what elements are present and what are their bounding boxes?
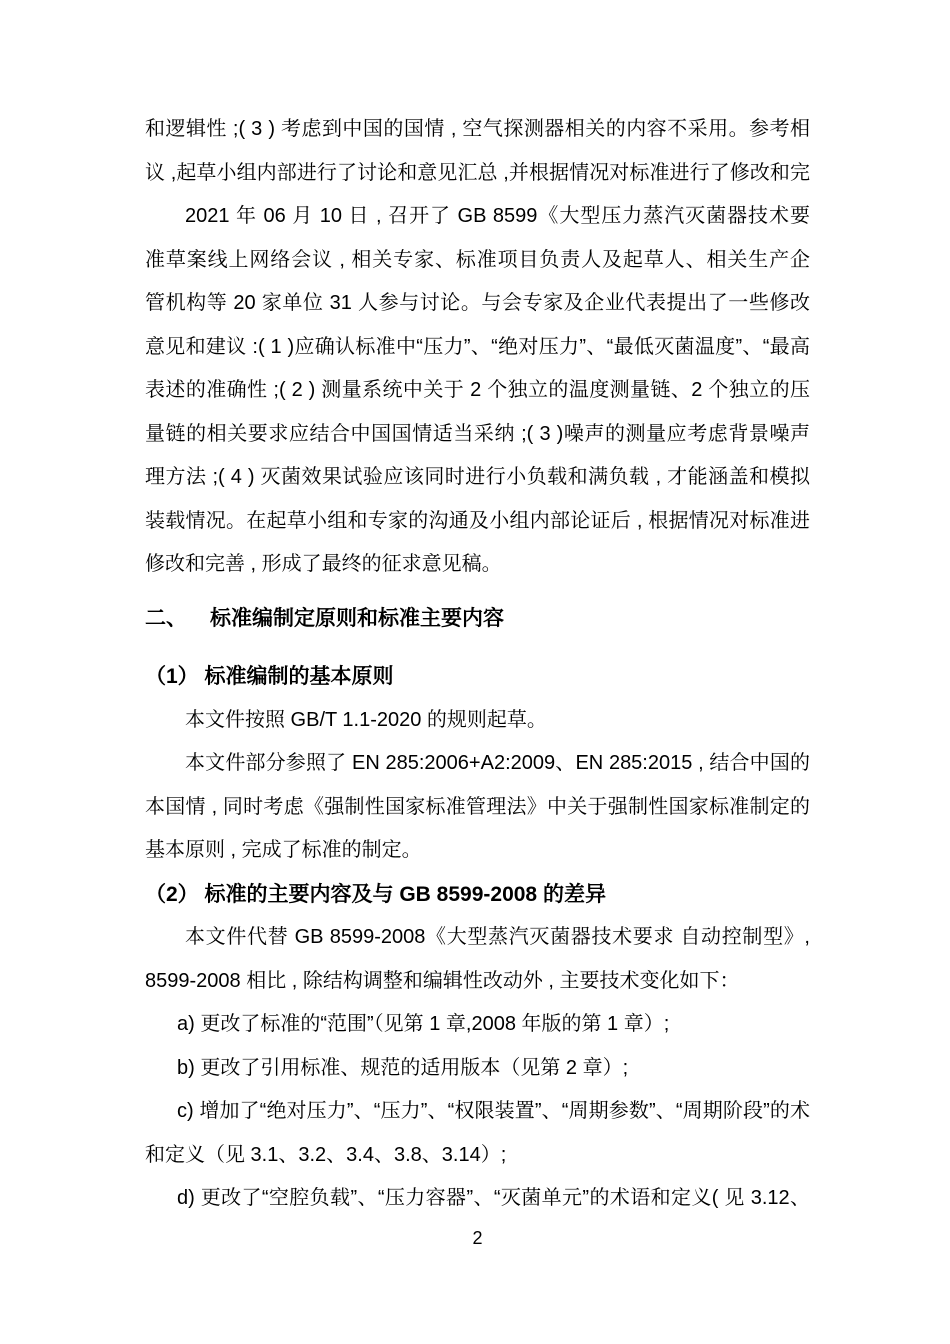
subsection-heading-2: （2） 标准的主要内容及与 GB 8599-2008 的差异 [145, 873, 810, 917]
paragraph-line: 和逻辑性 ;( 3 ) 考虑到中国的国情 , 空气探测器相关的内容不采用。参考相… [145, 108, 810, 152]
paragraph-line: 量链的相关要求应结合中国国情适当采纳 ;( 3 )噪声的测量应考虑背景噪声的处 [145, 413, 810, 457]
list-item-a: a) 更改了标准的“范围”（见第 1 章,2008 年版的第 1 章）; [145, 1003, 810, 1047]
paragraph-line: 本国情 , 同时考虑《强制性国家标准管理法》中关于强制性国家标准制定的一些 [145, 786, 810, 830]
paragraph-line: 议 ,起草小组内部进行了讨论和意见汇总 ,并根据情况对标准进行了修改和完善。 [145, 152, 810, 196]
list-item-d: d) 更改了“空腔负载”、“压力容器”、“灭菌单元”的术语和定义( 见 3.12… [145, 1177, 810, 1221]
list-item-c: c) 增加了“绝对压力”、“压力”、“权限装置”、“周期参数”、“周期阶段”的术… [145, 1090, 810, 1134]
paragraph-line: 本文件代替 GB 8599-2008《大型蒸汽灭菌器技术要求 自动控制型》,与 … [145, 916, 810, 960]
section-number: 二、 [145, 597, 210, 641]
section-title: 标准编制定原则和标准主要内容 [210, 607, 504, 630]
paragraph-line: 基本原则 , 完成了标准的制定。 [145, 829, 810, 873]
document-page: 和逻辑性 ;( 3 ) 考虑到中国的国情 , 空气探测器相关的内容不采用。参考相… [0, 0, 950, 1344]
list-item-c-continuation: 和定义（见 3.1、3.2、3.4、3.8、3.14）; [145, 1134, 810, 1178]
paragraph-line: 理方法 ;( 4 ) 灭菌效果试验应该同时进行小负载和满负载 , 才能涵盖和模拟… [145, 456, 810, 500]
paragraph-line: 本文件按照 GB/T 1.1-2020 的规则起草。 [145, 699, 810, 743]
page-number: 2 [145, 1223, 810, 1253]
paragraph-line: 8599-2008 相比 , 除结构调整和编辑性改动外 , 主要技术变化如下： [145, 960, 810, 1004]
paragraph-line: 本文件部分参照了 EN 285:2006+A2:2009、EN 285:2015… [145, 742, 810, 786]
paragraph-line: 管机构等 20 家单位 31 人参与讨论。与会专家及企业代表提出了一些修改完善 [145, 282, 810, 326]
paragraph-line: 表述的准确性 ;( 2 ) 测量系统中关于 2 个独立的温度测量链、2 个独立的… [145, 369, 810, 413]
list-item-b: b) 更改了引用标准、规范的适用版本（见第 2 章）; [145, 1047, 810, 1091]
paragraph-line: 2021 年 06 月 10 日 , 召开了 GB 8599《大型压力蒸汽灭菌器… [145, 195, 810, 239]
subsection-heading-1: （1） 标准编制的基本原则 [145, 655, 810, 699]
paragraph-line: 意见和建议 :( 1 )应确认标准中“压力”、“绝对压力”、“最低灭菌温度”、“… [145, 326, 810, 370]
section-heading: 二、标准编制定原则和标准主要内容 [145, 597, 810, 641]
paragraph-line: 装载情况。在起草小组和专家的沟通及小组内部论证后 , 根据情况对标准进行了 [145, 500, 810, 544]
paragraph-line: 修改和完善 , 形成了最终的征求意见稿。 [145, 543, 810, 587]
paragraph-line: 准草案线上网络会议 , 相关专家、标准项目负责人及起草人、相关生产企业、监 [145, 239, 810, 283]
